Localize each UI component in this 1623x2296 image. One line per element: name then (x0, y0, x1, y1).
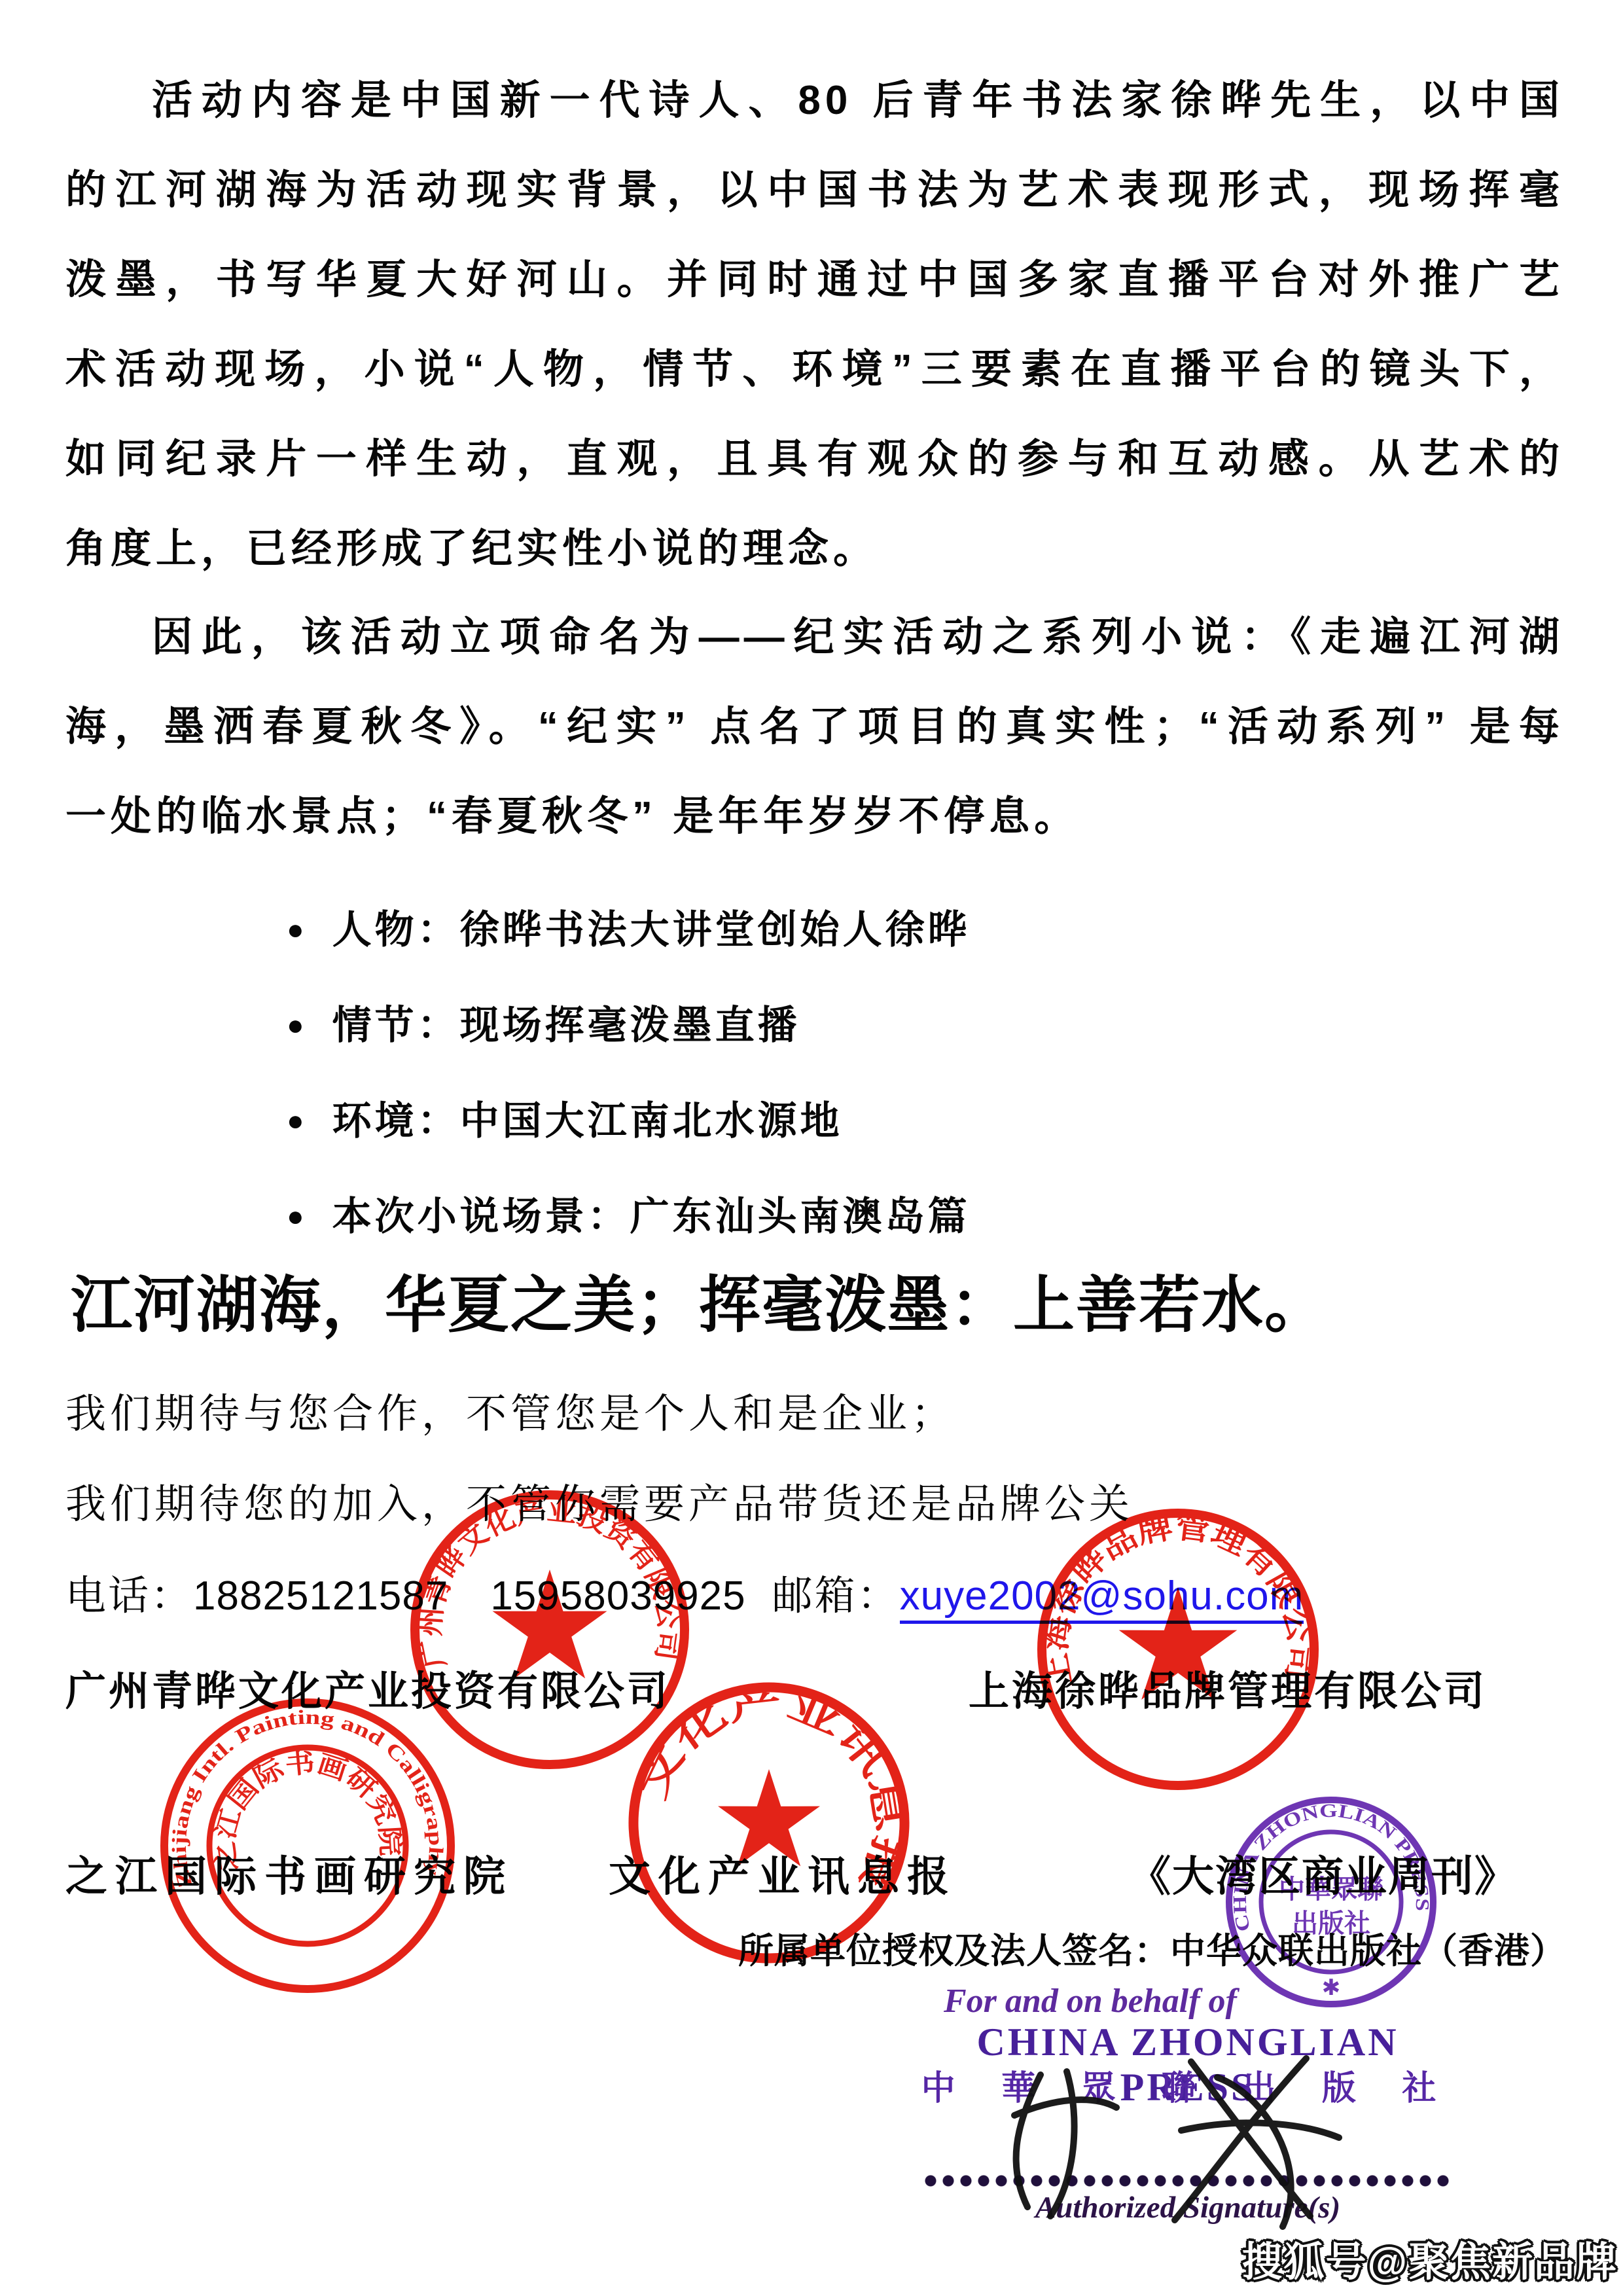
bullet-text: 人物：徐晔书法大讲堂创始人徐晔 (332, 882, 971, 978)
seal-center-text-2: 出版社 (1292, 1909, 1370, 1938)
bullet-icon: ● (287, 1107, 308, 1136)
bullet-text: 本次小说场景：广东汕头南澳岛篇 (332, 1169, 971, 1265)
list-item: ● 环境：中国大江南北水源地 (287, 1073, 1399, 1169)
text-line: 泼墨，书写华夏大好河山。并同时通过中国多家直播平台对外推广艺 (65, 235, 1564, 325)
invite-line-1: 我们期待与您合作，不管您是个人和是企业； (65, 1381, 955, 1439)
bullet-icon: ● (287, 1011, 308, 1040)
paragraph-activity-intro: 活动内容是中国新一代诗人、80 后青年书法家徐晔先生，以中国 的江河湖海为活动现… (65, 56, 1564, 594)
bullet-icon: ● (287, 1202, 308, 1231)
text-line: 术活动现场，小说“人物，情节、环境”三要素在直播平台的镜头下， (65, 325, 1564, 414)
seal-center-text-1: 中華眾聯 (1279, 1875, 1384, 1904)
page-headline: 江河湖海，华夏之美；挥毫泼墨：上善若水。 (71, 1255, 1576, 1344)
watermark-sohu-badge: 搜狐号@聚焦新品牌 (1242, 2229, 1618, 2287)
list-item: ● 情节：现场挥毫泼墨直播 (287, 978, 1399, 1073)
text-line: 活动内容是中国新一代诗人、80 后青年书法家徐晔先生，以中国 (65, 56, 1564, 145)
stamp-shanghai-seal: 上海徐晔品牌管理有限公司 (1034, 1505, 1322, 1793)
bullet-text: 情节：现场挥毫泼墨直播 (332, 978, 800, 1073)
bullet-list: ● 人物：徐晔书法大讲堂创始人徐晔 ● 情节：现场挥毫泼墨直播 ● 环境：中国大… (287, 882, 1399, 1265)
text-line: 因此，该活动立项命名为——纪实活动之系列小说：《走遍江河湖 (65, 592, 1564, 682)
email-label: 邮箱： (772, 1573, 900, 1619)
list-item: ● 本次小说场景：广东汕头南澳岛篇 (287, 1169, 1399, 1265)
seal-ring-text-cn: 之江国际书画研究院 (210, 1748, 404, 1873)
bullet-text: 环境：中国大江南北水源地 (332, 1073, 843, 1169)
star-icon (1119, 1587, 1238, 1700)
text-line: 的江河湖海为活动现实背景，以中国书法为艺术表现形式，现场挥毫 (65, 145, 1564, 235)
bullet-icon: ● (287, 916, 308, 944)
phone-label: 电话： (65, 1573, 193, 1619)
paragraph-project-naming: 因此，该活动立项命名为——纪实活动之系列小说：《走遍江河湖 海，墨洒春夏秋冬》。… (65, 592, 1564, 861)
stamp-zhonglian-press-seal: CHINA ZHONGLIAN PRESS ✱ 中華眾聯 出版社 (1223, 1794, 1439, 2010)
handwritten-signature (942, 2036, 1400, 2251)
text-line: 角度上，已经形成了纪实性小说的理念。 (65, 504, 1564, 594)
list-item: ● 人物：徐晔书法大讲堂创始人徐晔 (287, 882, 1399, 978)
stamp-zhijiang-seal: Zhijiang Intl. Painting and Calligraphy … (157, 1695, 458, 1996)
svg-text:之江国际书画研究院: 之江国际书画研究院 (210, 1748, 404, 1873)
seal-asterisk-mark: ✱ (1322, 1975, 1341, 2000)
star-icon (493, 1570, 607, 1678)
star-icon (718, 1769, 820, 1866)
text-line: 海，墨洒春夏秋冬》。“纪实” 点名了项目的真实性；“活动系列” 是每 (65, 682, 1564, 772)
text-line: 如同纪录片一样生动，直观，且具有观众的参与和互动感。从艺术的 (65, 414, 1564, 504)
text-line: 一处的临水景点；“春夏秋冬” 是年年岁岁不停息。 (65, 772, 1564, 861)
document-page: 活动内容是中国新一代诗人、80 后青年书法家徐晔先生，以中国 的江河湖海为活动现… (0, 0, 1623, 2296)
